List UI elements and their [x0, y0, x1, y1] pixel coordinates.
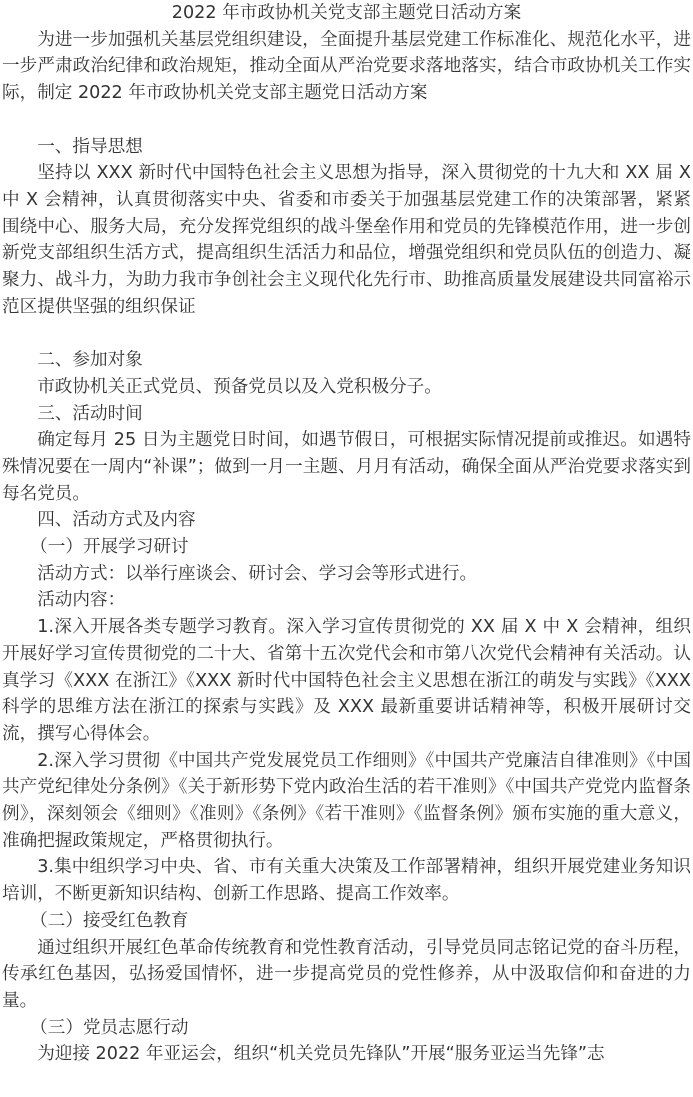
study-item-3: 3.集中组织学习中央、省、市有关重大决策及工作部署精神，组织开展党建业务知识培训… — [2, 854, 691, 907]
participants-paragraph: 市政协机关正式党员、预备党员以及入党积极分子。 — [2, 374, 691, 401]
blank-line — [2, 320, 691, 347]
activity-time-paragraph: 确定每月 25 日为主题党日时间，如遇节假日，可根据实际情况提前或推迟。如遇特殊… — [2, 427, 691, 507]
study-item-2: 2.深入学习贯彻《中国共产党发展党员工作细则》《中国共产党廉洁自律准则》《中国共… — [2, 748, 691, 855]
red-education-paragraph: 通过组织开展红色革命传统教育和党性教育活动，引导党员同志铭记党的奋斗历程，传承红… — [2, 935, 691, 1015]
subsection-heading-volunteer: （三）党员志愿行动 — [2, 1015, 691, 1042]
study-content-label: 活动内容： — [2, 587, 691, 614]
document-title: 2022 年市政协机关党支部主题党日活动方案 — [2, 0, 691, 27]
document: 2022 年市政协机关党支部主题党日活动方案 为进一步加强机关基层党组织建设，全… — [0, 0, 693, 1068]
study-item-1: 1.深入开展各类专题学习教育。深入学习宣传贯彻党的 XX 届 X 中 X 会精神… — [2, 614, 691, 748]
study-method: 活动方式：以举行座谈会、研讨会、学习会等形式进行。 — [2, 561, 691, 588]
subsection-heading-red-education: （二）接受红色教育 — [2, 908, 691, 935]
volunteer-paragraph: 为迎接 2022 年亚运会，组织“机关党员先锋队”开展“服务亚运当先锋”志 — [2, 1041, 691, 1068]
section-heading-participants: 二、参加对象 — [2, 347, 691, 374]
intro-paragraph: 为进一步加强机关基层党组织建设，全面提升基层党建工作标准化、规范化水平，进一步严… — [2, 27, 691, 107]
section-heading-activity-time: 三、活动时间 — [2, 401, 691, 428]
section-heading-activity-content: 四、活动方式及内容 — [2, 507, 691, 534]
subsection-heading-study: （一）开展学习研讨 — [2, 534, 691, 561]
blank-line — [2, 107, 691, 134]
section-heading-guiding-ideology: 一、指导思想 — [2, 134, 691, 161]
guiding-ideology-paragraph: 坚持以 XXX 新时代中国特色社会主义思想为指导，深入贯彻党的十九大和 XX 届… — [2, 160, 691, 320]
